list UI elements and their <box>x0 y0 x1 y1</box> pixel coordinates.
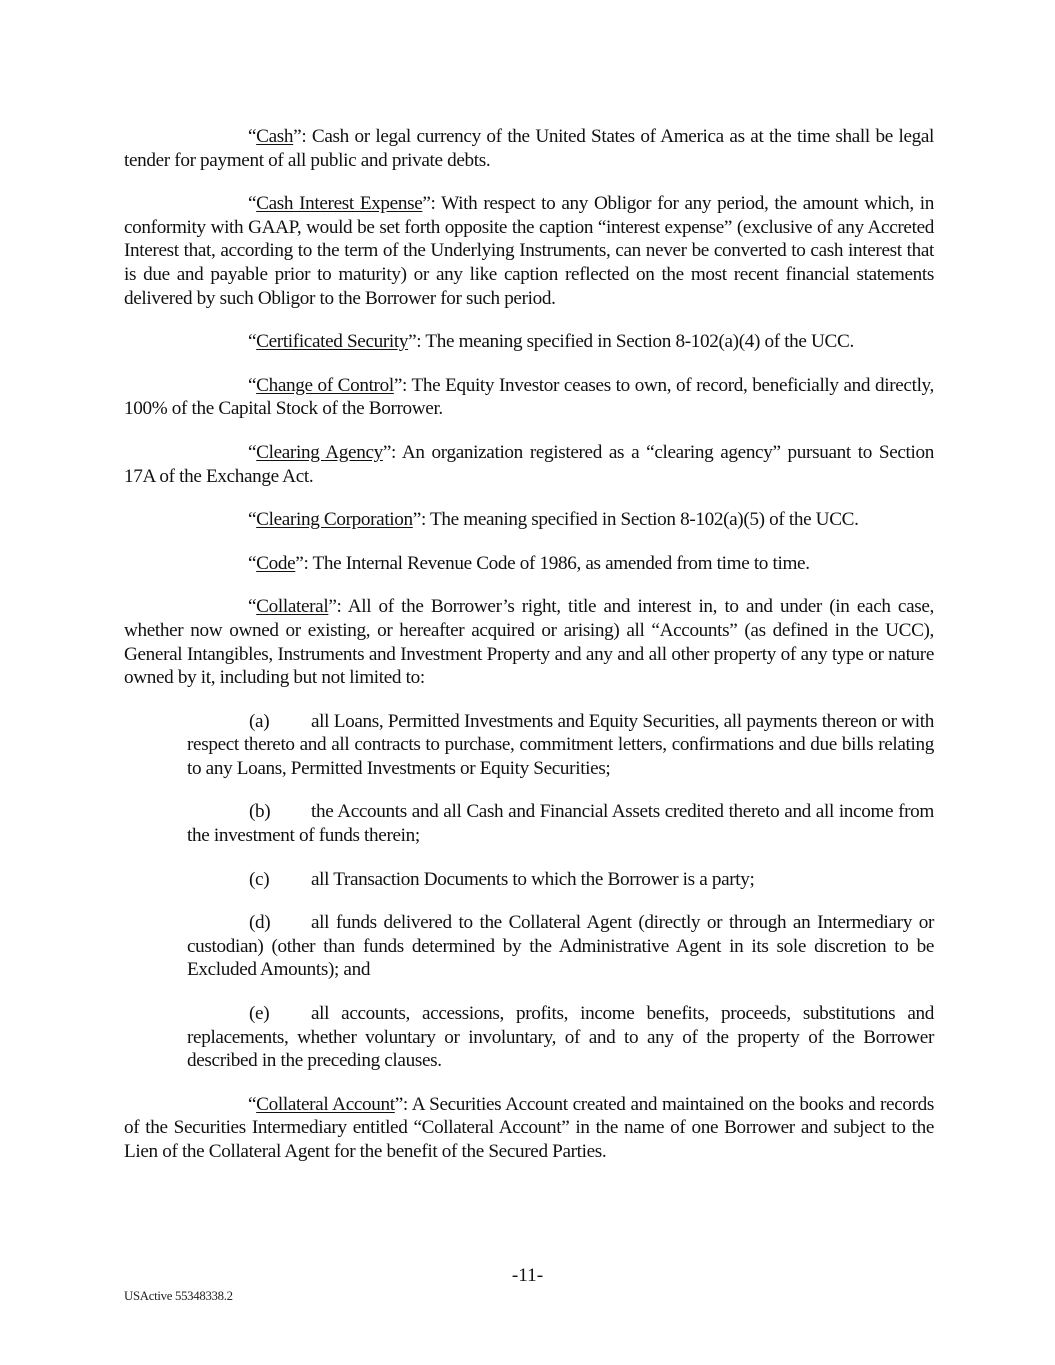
definition-text: : Cash or legal currency of the United S… <box>124 126 934 171</box>
clause-label: (a) <box>249 710 311 734</box>
clause-text: all Transaction Documents to which the B… <box>311 869 755 890</box>
definition-collateral: “Collateral”: All of the Borrower’s righ… <box>124 595 934 689</box>
collateral-clause-c: (c)all Transaction Documents to which th… <box>187 868 934 892</box>
defined-term: Clearing Agency <box>256 442 383 463</box>
defined-term: Clearing Corporation <box>256 509 413 530</box>
definition-text: : A Securities Account created and maint… <box>124 1094 934 1162</box>
definition-text: : The meaning specified in Section 8-102… <box>416 331 854 352</box>
collateral-clause-a: (a)all Loans, Permitted Investments and … <box>187 710 934 781</box>
defined-term: Certificated Security <box>256 331 408 352</box>
definition-clearing-agency: “Clearing Agency”: An organization regis… <box>124 441 934 488</box>
clause-label: (b) <box>249 800 311 824</box>
defined-term: Collateral <box>256 596 328 617</box>
collateral-clause-b: (b)the Accounts and all Cash and Financi… <box>187 800 934 847</box>
defined-term: Cash <box>256 126 293 147</box>
defined-term: Collateral Account <box>256 1094 395 1115</box>
definition-collateral-account: “Collateral Account”: A Securities Accou… <box>124 1093 934 1164</box>
definition-text: : The Equity Investor ceases to own, of … <box>124 375 934 420</box>
definition-cash-interest-expense: “Cash Interest Expense”: With respect to… <box>124 192 934 310</box>
defined-term: Cash Interest Expense <box>256 193 422 214</box>
definition-certificated-security: “Certificated Security”: The meaning spe… <box>124 330 934 354</box>
definition-text: : All of the Borrower’s right, title and… <box>124 596 934 688</box>
page-body: “Cash”: Cash or legal currency of the Un… <box>124 125 934 1184</box>
page-number: -11- <box>0 1265 1055 1287</box>
collateral-clause-e: (e)all accounts, accessions, profits, in… <box>187 1002 934 1073</box>
clause-label: (c) <box>249 868 311 892</box>
clause-label: (e) <box>249 1002 311 1026</box>
definition-change-of-control: “Change of Control”: The Equity Investor… <box>124 374 934 421</box>
definition-text: : The Internal Revenue Code of 1986, as … <box>303 553 809 574</box>
definition-text: : The meaning specified in Section 8-102… <box>421 509 859 530</box>
definition-code: “Code”: The Internal Revenue Code of 198… <box>124 552 934 576</box>
definition-text: : An organization registered as a “clear… <box>124 442 934 487</box>
clause-label: (d) <box>249 911 311 935</box>
definition-text: : With respect to any Obligor for any pe… <box>124 193 934 308</box>
definition-cash: “Cash”: Cash or legal currency of the Un… <box>124 125 934 172</box>
document-id: USActive 55348338.2 <box>124 1289 233 1304</box>
defined-term: Change of Control <box>256 375 394 396</box>
collateral-clause-d: (d)all funds delivered to the Collateral… <box>187 911 934 982</box>
definition-clearing-corporation: “Clearing Corporation”: The meaning spec… <box>124 508 934 532</box>
defined-term: Code <box>256 553 295 574</box>
